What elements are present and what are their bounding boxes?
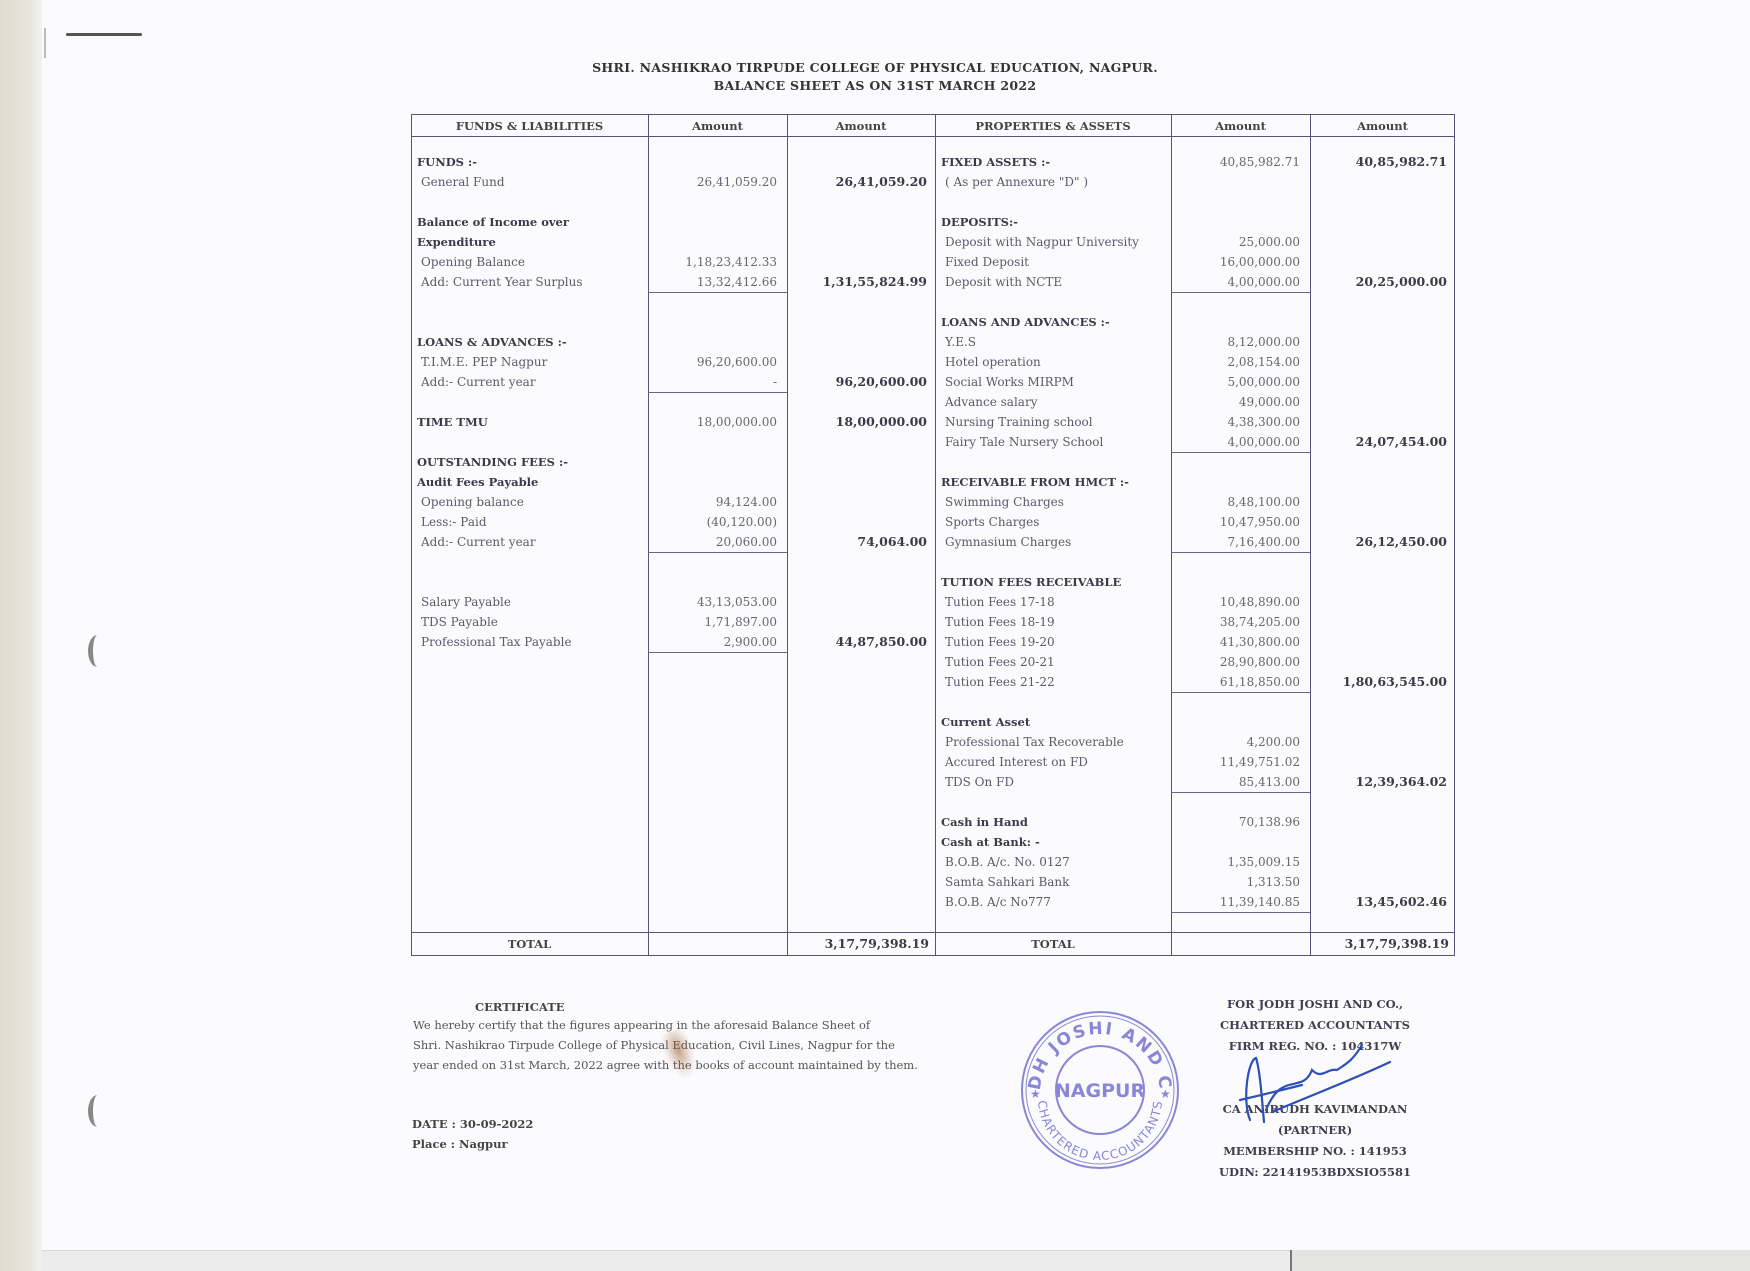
line-item-total: 1,31,55,824.99 <box>787 272 927 292</box>
line-item-label: TDS On FD <box>941 772 1171 792</box>
line-item-amount: 2,08,154.00 <box>1171 352 1300 372</box>
subtotal-rule <box>648 652 787 653</box>
line-item-label: Swimming Charges <box>941 492 1171 512</box>
line-item-amount: 26,41,059.20 <box>648 172 777 192</box>
line-item-label: Tution Fees 18-19 <box>941 612 1171 632</box>
line-item-amount: 70,138.96 <box>1171 812 1300 832</box>
column-header: Amount <box>1171 116 1310 136</box>
line-item-total: 12,39,364.02 <box>1310 772 1447 792</box>
firm-seal-stamp: JODH JOSHI AND CO. CHARTERED ACCOUNTANTS… <box>1018 1008 1182 1172</box>
total-divider <box>411 932 1455 933</box>
line-item-label: Tution Fees 19-20 <box>941 632 1171 652</box>
subtotal-rule <box>1171 292 1310 293</box>
line-item-label: Tution Fees 21-22 <box>941 672 1171 692</box>
punch-hole <box>88 1095 107 1127</box>
institution-name: SHRI. NASHIKRAO TIRPUDE COLLEGE OF PHYSI… <box>0 60 1750 75</box>
line-item-amount: 11,49,751.02 <box>1171 752 1300 772</box>
line-item-amount: 4,200.00 <box>1171 732 1300 752</box>
line-item-total: 18,00,000.00 <box>787 412 927 432</box>
line-item-amount: 43,13,053.00 <box>648 592 777 612</box>
line-item-label: Add:- Current year <box>417 372 648 392</box>
line-item-amount: 61,18,850.00 <box>1171 672 1300 692</box>
line-item-amount: 85,413.00 <box>1171 772 1300 792</box>
subtotal-rule <box>1171 912 1310 913</box>
line-item-label: TDS Payable <box>417 612 648 632</box>
line-item-amount: 25,000.00 <box>1171 232 1300 252</box>
certificate-text-line: Shri. Nashikrao Tirpude College of Physi… <box>413 1038 895 1052</box>
line-item-amount: 10,47,950.00 <box>1171 512 1300 532</box>
line-item-amount: 1,71,897.00 <box>648 612 777 632</box>
column-header: FUNDS & LIABILITIES <box>411 116 648 136</box>
line-item-label: Sports Charges <box>941 512 1171 532</box>
line-item-label: FIXED ASSETS :- <box>941 152 1167 172</box>
certificate-text-line: We hereby certify that the figures appea… <box>413 1018 870 1032</box>
signatory-line: UDIN: 22141953BDXSIO5581 <box>1205 1162 1425 1183</box>
line-item-amount: 13,32,412.66 <box>648 272 777 292</box>
line-item-label: Less:- Paid <box>417 512 648 532</box>
line-item-amount: 4,00,000.00 <box>1171 432 1300 452</box>
document-title: BALANCE SHEET AS ON 31ST MARCH 2022 <box>0 78 1750 93</box>
line-item-label: General Fund <box>417 172 648 192</box>
line-item-label: Opening Balance <box>417 252 648 272</box>
scan-mark <box>44 28 46 58</box>
header-divider <box>411 136 1455 137</box>
subtotal-rule <box>1171 692 1310 693</box>
line-item-amount: 40,85,982.71 <box>1171 152 1300 172</box>
line-item-total: 40,85,982.71 <box>1310 152 1447 172</box>
column-header: Amount <box>1310 116 1455 136</box>
line-item-label: TIME TMU <box>417 412 644 432</box>
line-item-amount: 20,060.00 <box>648 532 777 552</box>
line-item-label: RECEIVABLE FROM HMCT :- <box>941 472 1167 492</box>
line-item-label: Deposit with Nagpur University <box>941 232 1171 252</box>
subtotal-rule <box>648 392 787 393</box>
star-icon: ★ <box>1160 1087 1171 1101</box>
line-item-label: Add:- Current year <box>417 532 648 552</box>
line-item-label: Accured Interest on FD <box>941 752 1171 772</box>
line-item-amount: 2,900.00 <box>648 632 777 652</box>
signatory-line: CHARTERED ACCOUNTANTS <box>1205 1015 1425 1036</box>
line-item-label: LOANS & ADVANCES :- <box>417 332 644 352</box>
line-item-amount: 1,18,23,412.33 <box>648 252 777 272</box>
line-item-amount: 38,74,205.00 <box>1171 612 1300 632</box>
signatory-line: MEMBERSHIP NO. : 141953 <box>1205 1141 1425 1162</box>
line-item-label: B.O.B. A/c. No. 0127 <box>941 852 1171 872</box>
line-item-amount: - <box>648 372 777 392</box>
line-item-label: DEPOSITS:- <box>941 212 1167 232</box>
line-item-amount: 96,20,600.00 <box>648 352 777 372</box>
line-item-label: Professional Tax Recoverable <box>941 732 1171 752</box>
line-item-total: 24,07,454.00 <box>1310 432 1447 452</box>
line-item-label: Current Asset <box>941 712 1167 732</box>
signatory-line: FOR JODH JOSHI AND CO., <box>1205 994 1425 1015</box>
line-item-total: 26,41,059.20 <box>787 172 927 192</box>
line-item-label: Tution Fees 20-21 <box>941 652 1171 672</box>
line-item-total: 44,87,850.00 <box>787 632 927 652</box>
total-label-right: TOTAL <box>935 934 1171 954</box>
line-item-label: B.O.B. A/c No777 <box>941 892 1171 912</box>
subtotal-rule <box>1171 452 1310 453</box>
total-label-left: TOTAL <box>411 934 648 954</box>
line-item-amount: 11,39,140.85 <box>1171 892 1300 912</box>
line-item-total: 13,45,602.46 <box>1310 892 1447 912</box>
line-item-amount: 4,00,000.00 <box>1171 272 1300 292</box>
subtotal-rule <box>648 552 787 553</box>
scan-edge <box>0 0 42 1271</box>
ink-stain <box>657 1026 702 1083</box>
line-item-label: Opening balance <box>417 492 648 512</box>
line-item-label: ( As per Annexure "D" ) <box>941 172 1171 192</box>
line-item-label: Fairy Tale Nursery School <box>941 432 1171 452</box>
column-header: Amount <box>648 116 787 136</box>
line-item-amount: 5,00,000.00 <box>1171 372 1300 392</box>
line-item-amount: 8,12,000.00 <box>1171 332 1300 352</box>
line-item-label: Samta Sahkari Bank <box>941 872 1171 892</box>
line-item-label: Balance of Income over <box>417 212 644 232</box>
line-item-amount: 41,30,800.00 <box>1171 632 1300 652</box>
line-item-amount: 94,124.00 <box>648 492 777 512</box>
line-item-total: 20,25,000.00 <box>1310 272 1447 292</box>
line-item-total: 74,064.00 <box>787 532 927 552</box>
line-item-label: Audit Fees Payable <box>417 472 644 492</box>
line-item-amount: 49,000.00 <box>1171 392 1300 412</box>
line-item-label: Fixed Deposit <box>941 252 1171 272</box>
line-item-amount: 4,38,300.00 <box>1171 412 1300 432</box>
line-item-label: FUNDS :- <box>417 152 644 172</box>
line-item-label: Cash in Hand <box>941 812 1167 832</box>
line-item-label: Professional Tax Payable <box>417 632 648 652</box>
line-item-label: Expenditure <box>417 232 644 252</box>
line-item-amount: 18,00,000.00 <box>648 412 777 432</box>
line-item-label: TUTION FEES RECEIVABLE <box>941 572 1167 592</box>
line-item-amount: 28,90,800.00 <box>1171 652 1300 672</box>
line-item-label: Salary Payable <box>417 592 648 612</box>
column-divider <box>935 114 936 956</box>
signature <box>1232 1040 1392 1130</box>
pen-mark <box>66 33 142 36</box>
line-item-amount: (40,120.00) <box>648 512 777 532</box>
certificate-date: DATE : 30-09-2022 <box>412 1117 533 1131</box>
line-item-label: Hotel operation <box>941 352 1171 372</box>
line-item-label: Gymnasium Charges <box>941 532 1171 552</box>
line-item-amount: 1,35,009.15 <box>1171 852 1300 872</box>
grand-total-left: 3,17,79,398.19 <box>787 934 929 954</box>
line-item-label: OUTSTANDING FEES :- <box>417 452 644 472</box>
line-item-label: T.I.M.E. PEP Nagpur <box>417 352 648 372</box>
scan-bottom-tab <box>1290 1250 1750 1271</box>
line-item-label: Deposit with NCTE <box>941 272 1171 292</box>
line-item-total: 26,12,450.00 <box>1310 532 1447 552</box>
line-item-label: Cash at Bank: - <box>941 832 1167 852</box>
punch-hole <box>88 635 107 667</box>
line-item-label: LOANS AND ADVANCES :- <box>941 312 1167 332</box>
line-item-total: 1,80,63,545.00 <box>1310 672 1447 692</box>
line-item-label: Add: Current Year Surplus <box>417 272 648 292</box>
line-item-label: Tution Fees 17-18 <box>941 592 1171 612</box>
grand-total-right: 3,17,79,398.19 <box>1310 934 1449 954</box>
line-item-label: Advance salary <box>941 392 1171 412</box>
line-item-total: 96,20,600.00 <box>787 372 927 392</box>
certificate-heading: CERTIFICATE <box>475 1000 565 1014</box>
certificate-place: Place : Nagpur <box>412 1137 508 1151</box>
subtotal-rule <box>1171 792 1310 793</box>
line-item-label: Social Works MIRPM <box>941 372 1171 392</box>
line-item-amount: 8,48,100.00 <box>1171 492 1300 512</box>
line-item-label: Y.E.S <box>941 332 1171 352</box>
line-item-amount: 10,48,890.00 <box>1171 592 1300 612</box>
line-item-amount: 7,16,400.00 <box>1171 532 1300 552</box>
subtotal-rule <box>1171 552 1310 553</box>
column-header: Amount <box>787 116 935 136</box>
star-icon: ★ <box>1030 1087 1041 1101</box>
subtotal-rule <box>648 292 787 293</box>
stamp-center-text: NAGPUR <box>1055 1080 1146 1102</box>
line-item-label: Nursing Training school <box>941 412 1171 432</box>
line-item-amount: 1,313.50 <box>1171 872 1300 892</box>
column-header: PROPERTIES & ASSETS <box>935 116 1171 136</box>
line-item-amount: 16,00,000.00 <box>1171 252 1300 272</box>
